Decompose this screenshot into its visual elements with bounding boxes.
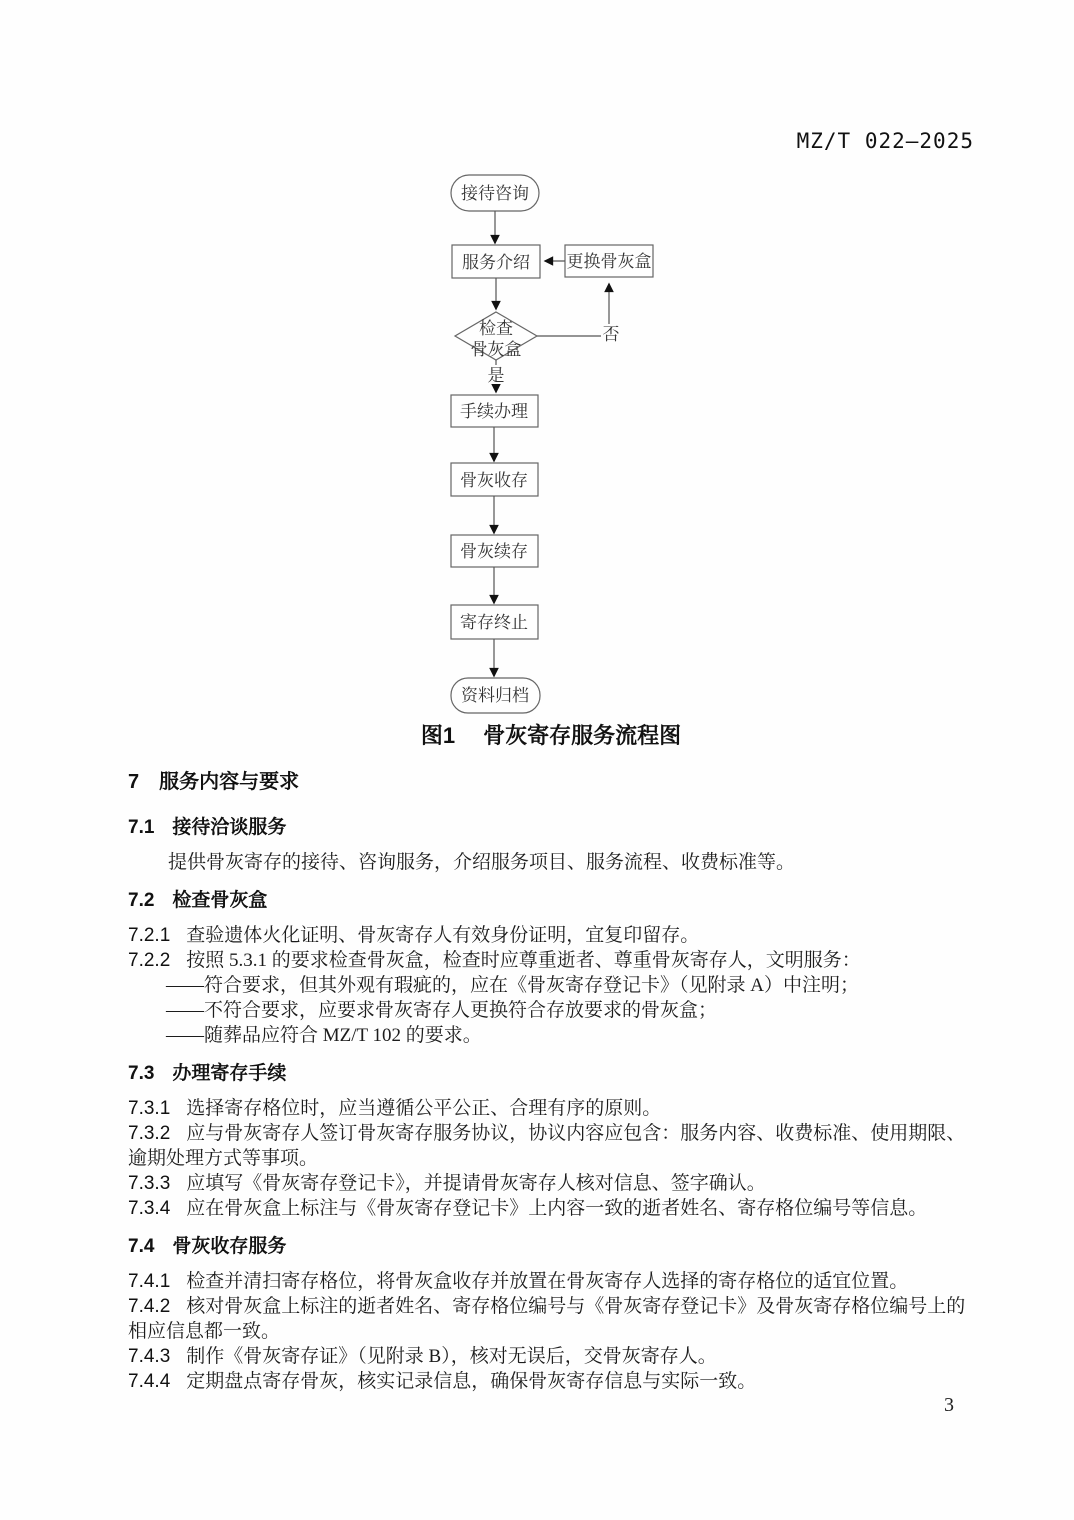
section-heading-7-1: 7.1接待洽谈服务: [128, 816, 976, 840]
clause-7-4-3: 7.4.3制作《骨灰寄存证》（见附录 B），核对无误后，交骨灰寄存人。: [128, 1344, 976, 1369]
dash-item-2: ——不符合要求，应要求骨灰寄存人更换符合存放要求的骨灰盒；: [128, 998, 976, 1023]
section-number: 7: [128, 771, 139, 793]
section-title: 检查骨灰盒: [172, 890, 267, 911]
clause-number: 7.3.2: [128, 1123, 170, 1144]
flow-node-procedure-label: 手续办理: [460, 402, 528, 421]
flow-node-service-intro-label: 服务介绍: [462, 253, 530, 272]
section-heading-7-4: 7.4骨灰收存服务: [128, 1235, 976, 1259]
section-title: 办理寄存手续: [172, 1063, 286, 1084]
clause-7-4-2: 7.4.2核对骨灰盒上标注的逝者姓名、寄存格位编号与《骨灰寄存登记卡》及骨灰寄存…: [128, 1294, 976, 1344]
paragraph-7-1: 提供骨灰寄存的接待、咨询服务，介绍服务项目、服务流程、收费标准等。: [128, 850, 976, 875]
clause-text: 应与骨灰寄存人签订骨灰寄存服务协议，协议内容应包含：服务内容、收费标准、使用期限…: [128, 1123, 965, 1169]
section-title: 接待洽谈服务: [172, 817, 286, 838]
section-number: 7.1: [128, 817, 154, 838]
flow-node-replace-urn-label: 更换骨灰盒: [567, 252, 652, 271]
clause-text: 检查并清扫寄存格位，将骨灰盒收存并放置在骨灰寄存人选择的寄存格位的适宜位置。: [186, 1271, 908, 1292]
clause-number: 7.4.1: [128, 1271, 170, 1292]
flowchart-figure: 接待咨询 服务介绍 更换骨灰盒 检查 骨灰盒 否 是 手续办理 骨灰收存: [0, 0, 1074, 716]
document-body: 7服务内容与要求 7.1接待洽谈服务 提供骨灰寄存的接待、咨询服务，介绍服务项目…: [128, 770, 976, 1394]
clause-7-3-4: 7.3.4应在骨灰盒上标注与《骨灰寄存登记卡》上内容一致的逝者姓名、寄存格位编号…: [128, 1196, 976, 1221]
flow-node-storage-end-label: 寄存终止: [460, 612, 528, 632]
flow-label-no: 否: [603, 325, 620, 344]
clause-7-2-1: 7.2.1查验遗体火化证明、骨灰寄存人有效身份证明，宜复印留存。: [128, 923, 976, 948]
figure-caption-title: 骨灰寄存服务流程图: [483, 723, 681, 748]
clause-text: 按照 5.3.1 的要求检查骨灰盒，检查时应尊重逝者、尊重骨灰寄存人，文明服务：: [186, 950, 861, 971]
clause-7-3-3: 7.3.3应填写《骨灰寄存登记卡》，并提请骨灰寄存人核对信息、签字确认。: [128, 1171, 976, 1196]
figure-caption-label: 图1: [421, 723, 455, 748]
flow-node-check-urn-label-line1: 检查: [479, 319, 513, 338]
document-page: MZ/T 022—2025 接待咨询 服务介绍 更换骨灰盒 检查 骨灰盒 否 是: [0, 0, 1074, 1520]
section-title: 骨灰收存服务: [172, 1236, 286, 1257]
section-heading-7-3: 7.3办理寄存手续: [128, 1062, 976, 1086]
flow-arrow-no-branch: [537, 284, 609, 336]
flow-node-ash-storage-label: 骨灰收存: [460, 471, 528, 490]
flow-label-yes: 是: [488, 366, 505, 385]
section-title: 服务内容与要求: [159, 771, 299, 793]
section-heading-7-2: 7.2检查骨灰盒: [128, 889, 976, 913]
clause-number: 7.2.1: [128, 925, 170, 946]
clause-7-2-2: 7.2.2按照 5.3.1 的要求检查骨灰盒，检查时应尊重逝者、尊重骨灰寄存人，…: [128, 948, 976, 973]
clause-7-3-1: 7.3.1选择寄存格位时，应当遵循公平公正、合理有序的原则。: [128, 1096, 976, 1121]
clause-7-4-4: 7.4.4定期盘点寄存骨灰，核实记录信息，确保骨灰寄存信息与实际一致。: [128, 1369, 976, 1394]
clause-text: 应填写《骨灰寄存登记卡》，并提请骨灰寄存人核对信息、签字确认。: [186, 1173, 766, 1194]
clause-text: 定期盘点寄存骨灰，核实记录信息，确保骨灰寄存信息与实际一致。: [186, 1371, 756, 1392]
clause-number: 7.4.3: [128, 1346, 170, 1367]
section-number: 7.4: [128, 1236, 154, 1257]
clause-number: 7.3.4: [128, 1198, 170, 1219]
clause-number: 7.3.3: [128, 1173, 170, 1194]
flow-node-archive-label: 资料归档: [461, 686, 529, 705]
clause-7-3-2: 7.3.2应与骨灰寄存人签订骨灰寄存服务协议，协议内容应包含：服务内容、收费标准…: [128, 1121, 976, 1171]
section-heading-7: 7服务内容与要求: [128, 770, 976, 794]
clause-text: 查验遗体火化证明、骨灰寄存人有效身份证明，宜复印留存。: [186, 925, 699, 946]
flow-node-start-label: 接待咨询: [461, 184, 529, 203]
clause-7-4-1: 7.4.1检查并清扫寄存格位，将骨灰盒收存并放置在骨灰寄存人选择的寄存格位的适宜…: [128, 1269, 976, 1294]
clause-number: 7.4.4: [128, 1371, 170, 1392]
clause-number: 7.4.2: [128, 1296, 170, 1317]
page-number: 3: [944, 1394, 954, 1417]
flow-node-ash-renewal-label: 骨灰续存: [460, 542, 528, 561]
section-number: 7.3: [128, 1063, 154, 1084]
clause-text: 选择寄存格位时，应当遵循公平公正、合理有序的原则。: [186, 1098, 661, 1119]
clause-text: 核对骨灰盒上标注的逝者姓名、寄存格位编号与《骨灰寄存登记卡》及骨灰寄存格位编号上…: [128, 1296, 965, 1342]
figure-caption: 图1骨灰寄存服务流程图: [14, 719, 1074, 750]
dash-item-3: ——随葬品应符合 MZ/T 102 的要求。: [128, 1023, 976, 1048]
dash-item-1: ——符合要求，但其外观有瑕疵的，应在《骨灰寄存登记卡》（见附录 A）中注明；: [128, 973, 976, 998]
clause-number: 7.2.2: [128, 950, 170, 971]
section-number: 7.2: [128, 890, 154, 911]
clause-text: 应在骨灰盒上标注与《骨灰寄存登记卡》上内容一致的逝者姓名、寄存格位编号等信息。: [186, 1198, 927, 1219]
clause-number: 7.3.1: [128, 1098, 170, 1119]
flow-node-check-urn-label-line2: 骨灰盒: [471, 340, 522, 359]
clause-text: 制作《骨灰寄存证》（见附录 B），核对无误后，交骨灰寄存人。: [186, 1346, 716, 1367]
